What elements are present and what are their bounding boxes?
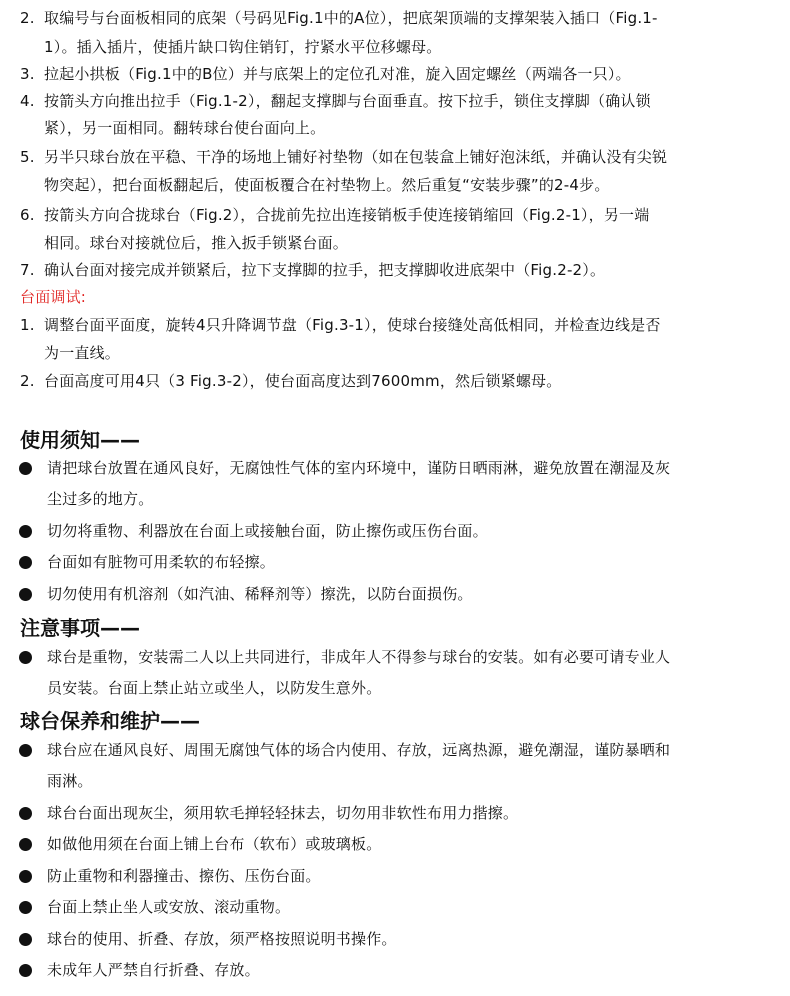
maintenance-heading: 球台保养和维护——: [20, 708, 200, 734]
bullet-icon: [19, 651, 32, 664]
bullet-icon: [19, 901, 32, 914]
adjust-title: 台面调试:: [20, 287, 86, 307]
bullet-icon: [19, 870, 32, 883]
bullet-icon: [19, 807, 32, 820]
bullet-icon: [19, 744, 32, 757]
bullet-icon: [19, 838, 32, 851]
bullet-icon: [19, 525, 32, 538]
bullet-icon: [19, 462, 32, 475]
usage-heading: 使用须知——: [20, 427, 140, 453]
bullet-icon: [19, 933, 32, 946]
bullet-icon: [19, 588, 32, 601]
bullet-icon: [19, 556, 32, 569]
bullet-icon: [19, 964, 32, 977]
caution-heading: 注意事项——: [20, 615, 140, 641]
